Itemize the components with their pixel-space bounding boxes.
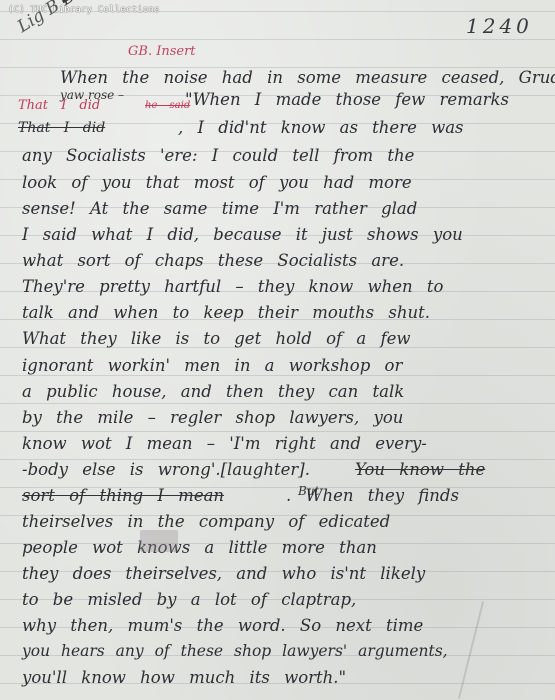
text-line: what sort of chaps these Socialists are.	[22, 251, 542, 270]
struck-original: That I did	[18, 120, 105, 136]
struck-text: sort of thing I mean	[22, 486, 224, 505]
text-line: people wot knows a little more than	[22, 538, 542, 557]
manuscript-text: When the noise had in some measure cease…	[0, 0, 555, 700]
text-line: theirselves in the company of edicated	[22, 512, 542, 531]
text-line: to be misled by a lot of claptrap,	[22, 590, 542, 609]
text-line: ignorant workin' men in a workshop or	[22, 356, 542, 375]
manuscript-page: (C) TUC Library Collections 1240 Lig B B…	[0, 0, 555, 700]
struck-text: You know the	[355, 460, 485, 479]
text-line: sense! At the same time I'm rather glad	[22, 199, 542, 218]
text-line: you hears any of these shop lawyers' arg…	[22, 642, 542, 660]
text-line: know wot I mean – 'I'm right and every-	[22, 434, 542, 453]
text-line: look of you that most of you had more	[22, 173, 542, 192]
text-line: -body else is wrong'.[laughter].	[22, 460, 310, 479]
text-line: why then, mum's the word. So next time	[22, 616, 542, 635]
text-line: a public house, and then they can talk	[22, 382, 542, 401]
text-line: . When they finds	[286, 486, 546, 505]
text-line: any Socialists 'ere: I could tell from t…	[22, 146, 542, 165]
struck-red-text: he said	[145, 100, 190, 111]
text-line: When the noise had in some measure cease…	[60, 68, 555, 87]
text-line: They're pretty hartful – they know when …	[22, 277, 542, 296]
text-line: , I did'nt know as there was	[178, 118, 538, 137]
text-line: they does theirselves, and who is'nt lik…	[22, 564, 542, 583]
eraser-smudge	[140, 530, 178, 552]
text-line: What they like is to get hold of a few	[22, 329, 542, 348]
text-line: by the mile – regler shop lawyers, you	[22, 408, 542, 427]
red-replacement: That I did	[18, 98, 100, 113]
text-line: "When I made those few remarks	[185, 90, 545, 109]
text-line: I said what I did, because it just shows…	[22, 225, 542, 244]
text-line: talk and when to keep their mouths shut.	[22, 303, 542, 322]
